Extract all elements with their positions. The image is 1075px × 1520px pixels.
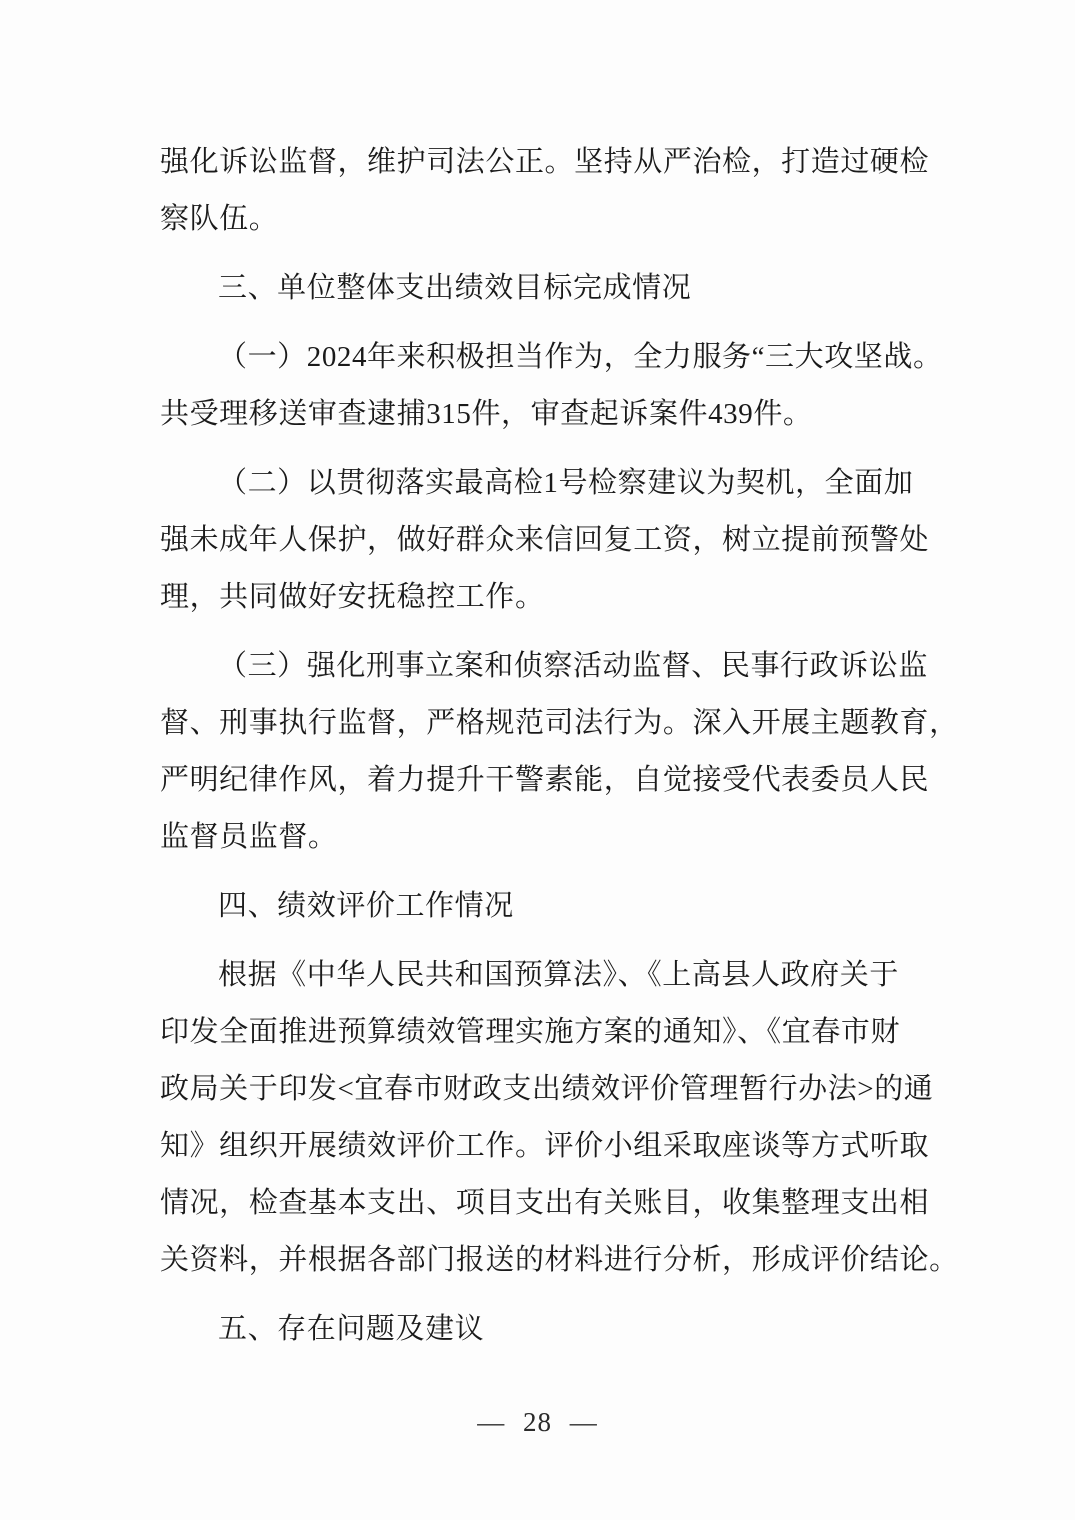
- text-line: 情况，检查基本支出、项目支出有关账目，收集整理支出相: [160, 1175, 960, 1232]
- text-line: 印发全面推进预算绩效管理实施方案的通知》、《宜春市财: [160, 1004, 960, 1061]
- text-line: 察队伍。: [160, 191, 960, 248]
- section-heading-3: 三、单位整体支出绩效目标完成情况: [160, 260, 960, 317]
- text-line: 严明纪律作风，着力提升干警素能，自觉接受代表委员人民: [160, 752, 960, 809]
- section-heading-5: 五、存在问题及建议: [160, 1301, 960, 1358]
- page-number: — 28 —: [0, 1400, 1075, 1445]
- document-content: 强化诉讼监督，维护司法公正。坚持从严治检，打造过硬检 察队伍。 三、单位整体支出…: [160, 134, 960, 1370]
- paragraph-item-2: （二）以贯彻落实最高检1号检察建议为契机，全面加 强未成年人保护，做好群众来信回…: [160, 455, 960, 626]
- text-line: （三）强化刑事立案和侦察活动监督、民事行政诉讼监: [160, 638, 960, 695]
- text-line: 知》组织开展绩效评价工作。评价小组采取座谈等方式听取: [160, 1118, 960, 1175]
- text-line: 共受理移送审查逮捕315件，审查起诉案件439件。: [160, 386, 960, 443]
- paragraph-item-3: （三）强化刑事立案和侦察活动监督、民事行政诉讼监 督、刑事执行监督，严格规范司法…: [160, 638, 960, 866]
- text-line: （一）2024年来积极担当作为，全力服务“三大攻坚战。: [160, 329, 960, 386]
- text-line: 强未成年人保护，做好群众来信回复工资，树立提前预警处: [160, 512, 960, 569]
- text-line: 监督员监督。: [160, 809, 960, 866]
- section-heading-4: 四、绩效评价工作情况: [160, 878, 960, 935]
- text-line: 政局关于印发<宜春市财政支出绩效评价管理暂行办法>的通: [160, 1061, 960, 1118]
- heading-line: 四、绩效评价工作情况: [160, 878, 960, 935]
- paragraph-item-1: （一）2024年来积极担当作为，全力服务“三大攻坚战。 共受理移送审查逮捕315…: [160, 329, 960, 443]
- document-page: 强化诉讼监督，维护司法公正。坚持从严治检，打造过硬检 察队伍。 三、单位整体支出…: [0, 0, 1075, 1520]
- text-line: 督、刑事执行监督，严格规范司法行为。深入开展主题教育，: [160, 695, 960, 752]
- paragraph-evaluation: 根据《中华人民共和国预算法》、《上高县人政府关于 印发全面推进预算绩效管理实施方…: [160, 947, 960, 1289]
- paragraph-continuation: 强化诉讼监督，维护司法公正。坚持从严治检，打造过硬检 察队伍。: [160, 134, 960, 248]
- text-line: 根据《中华人民共和国预算法》、《上高县人政府关于: [160, 947, 960, 1004]
- text-line: （二）以贯彻落实最高检1号检察建议为契机，全面加: [160, 455, 960, 512]
- text-line: 关资料，并根据各部门报送的材料进行分析，形成评价结论。: [160, 1232, 960, 1289]
- text-line: 理，共同做好安抚稳控工作。: [160, 569, 960, 626]
- heading-line: 五、存在问题及建议: [160, 1301, 960, 1358]
- heading-line: 三、单位整体支出绩效目标完成情况: [160, 260, 960, 317]
- text-line: 强化诉讼监督，维护司法公正。坚持从严治检，打造过硬检: [160, 134, 960, 191]
